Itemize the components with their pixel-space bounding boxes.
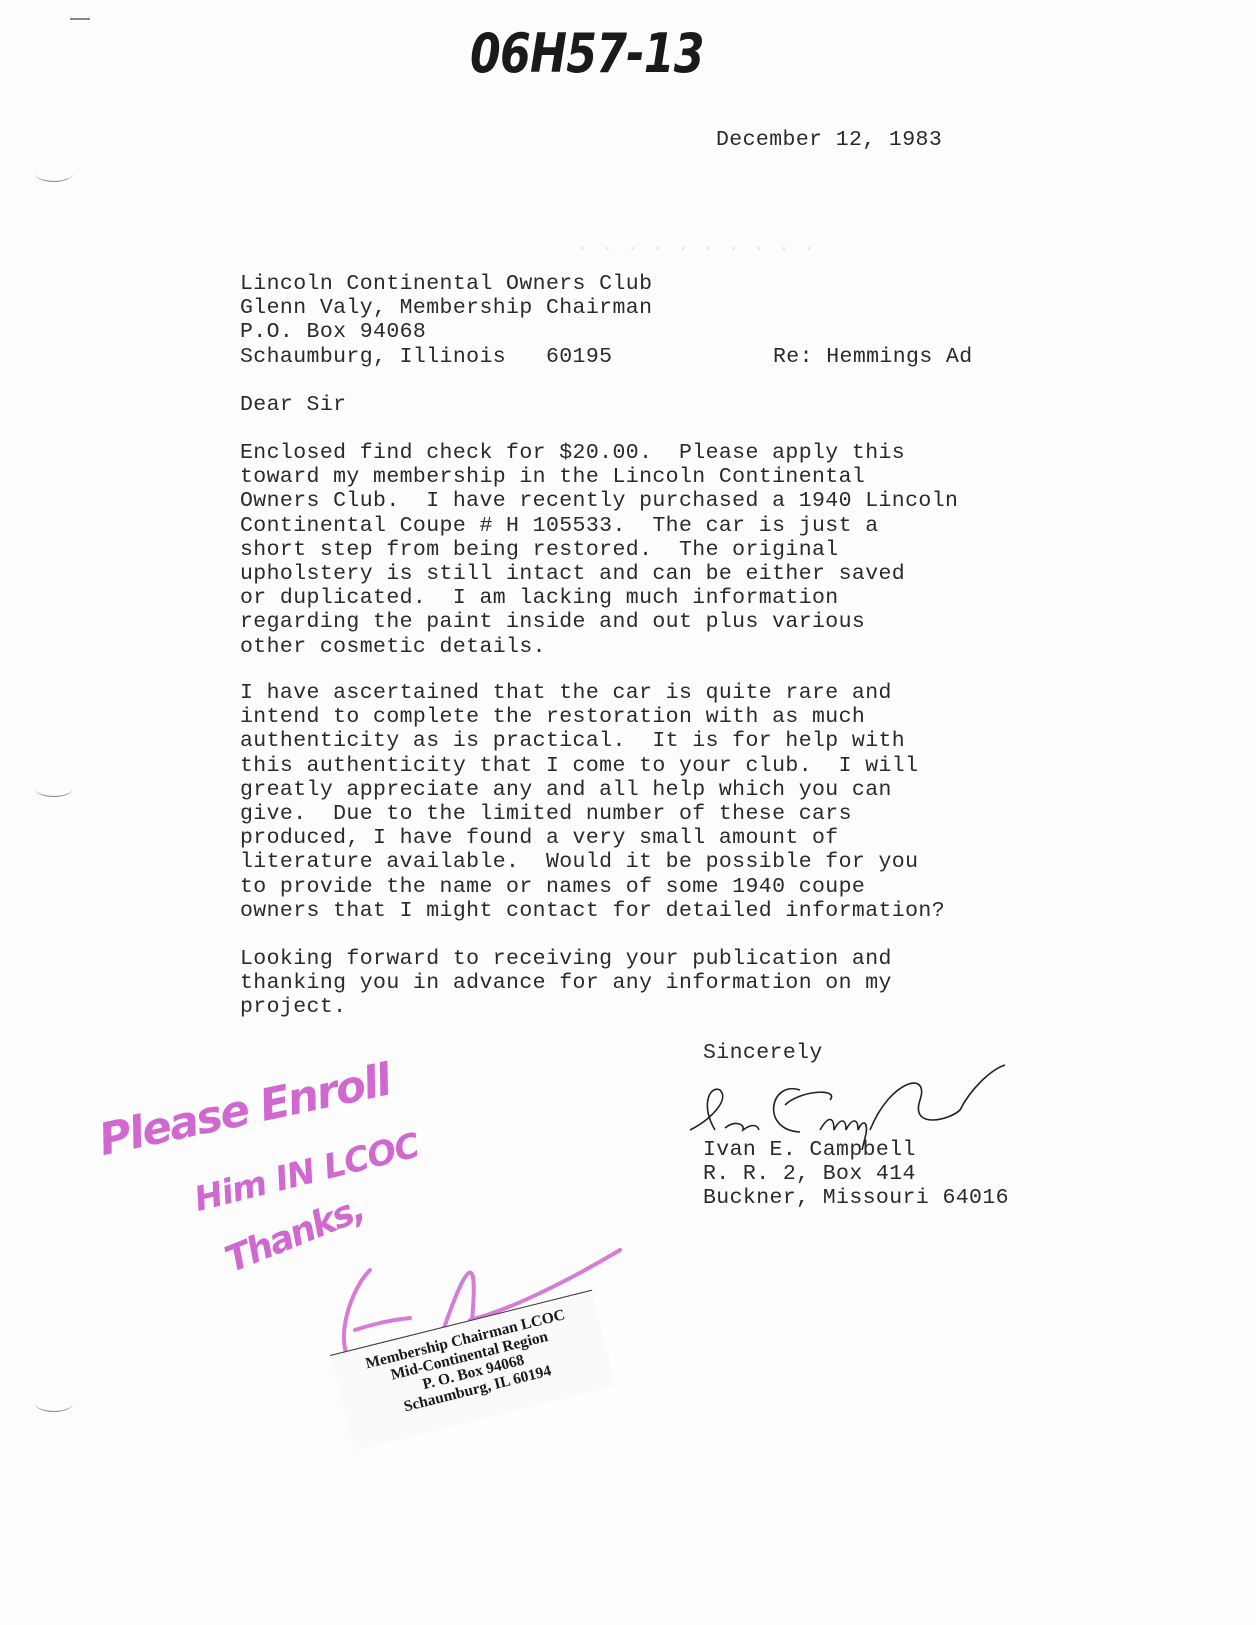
recipient-line: Glenn Valy, Membership Chairman: [240, 296, 652, 320]
reference-line: Re: Hemmings Ad: [773, 345, 973, 369]
edge-mark: [70, 18, 90, 20]
text-line: toward my membership in the Lincoln Cont…: [240, 465, 958, 489]
paragraph-3: Looking forward to receiving your public…: [240, 947, 892, 1020]
text-line: thanking you in advance for any informat…: [240, 971, 892, 995]
text-line: I have ascertained that the car is quite…: [240, 681, 945, 705]
recipient-line: P.O. Box 94068: [240, 320, 652, 344]
punch-hole-mark: [35, 165, 73, 182]
letter-page: . . . . . . . . . . 06H57-13 December 12…: [0, 0, 1256, 1625]
signature-image: [670, 1060, 1010, 1150]
text-line: regarding the paint inside and out plus …: [240, 610, 958, 634]
text-line: greatly appreciate any and all help whic…: [240, 778, 945, 802]
text-line: authenticity as is practical. It is for …: [240, 729, 945, 753]
recipient-line: Schaumburg, Illinois 60195: [240, 345, 652, 369]
text-line: or duplicated. I am lacking much informa…: [240, 586, 958, 610]
sender-line: R. R. 2, Box 414: [703, 1162, 1009, 1186]
text-line: short step from being restored. The orig…: [240, 538, 958, 562]
text-line: Enclosed find check for $20.00. Please a…: [240, 441, 958, 465]
recipient-address: Lincoln Continental Owners Club Glenn Va…: [240, 272, 652, 369]
paragraph-1: Enclosed find check for $20.00. Please a…: [240, 441, 958, 659]
sender-line: Ivan E. Campbell: [703, 1138, 1009, 1162]
punch-hole-mark: [35, 1395, 73, 1412]
text-line: owners that I might contact for detailed…: [240, 899, 945, 923]
paragraph-2: I have ascertained that the car is quite…: [240, 681, 945, 923]
text-line: project.: [240, 995, 892, 1019]
punch-hole-mark: [35, 780, 73, 797]
sender-address: Ivan E. Campbell R. R. 2, Box 414 Buckne…: [703, 1138, 1009, 1211]
text-line: intend to complete the restoration with …: [240, 705, 945, 729]
text-line: give. Due to the limited number of these…: [240, 802, 945, 826]
recipient-line: Lincoln Continental Owners Club: [240, 272, 652, 296]
text-line: produced, I have found a very small amou…: [240, 826, 945, 850]
text-line: upholstery is still intact and can be ei…: [240, 562, 958, 586]
text-line: Looking forward to receiving your public…: [240, 947, 892, 971]
salutation: Dear Sir: [240, 393, 346, 417]
text-line: other cosmetic details.: [240, 635, 958, 659]
text-line: Continental Coupe # H 105533. The car is…: [240, 514, 958, 538]
file-number: 06H57-13: [470, 22, 704, 85]
text-line: to provide the name or names of some 194…: [240, 875, 945, 899]
text-line: this authenticity that I come to your cl…: [240, 754, 945, 778]
text-line: Owners Club. I have recently purchased a…: [240, 489, 958, 513]
sender-line: Buckner, Missouri 64016: [703, 1186, 1009, 1210]
text-line: literature available. Would it be possib…: [240, 850, 945, 874]
letter-date: December 12, 1983: [716, 128, 942, 152]
